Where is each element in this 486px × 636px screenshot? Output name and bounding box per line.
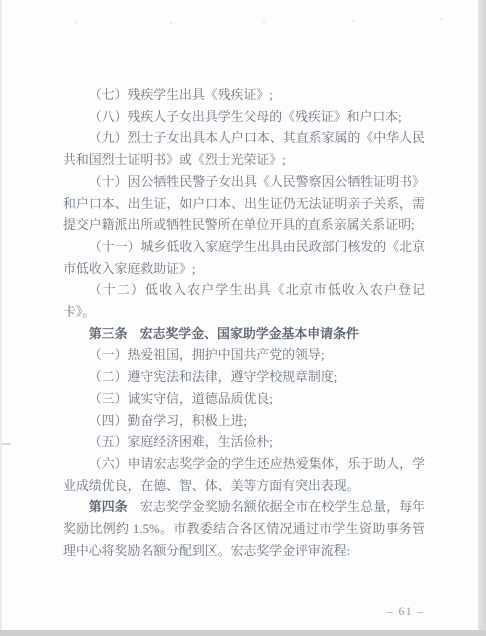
article-label: 第四条: [89, 500, 128, 514]
body-paragraph: （十二）低收入农户学生出具《北京市低收入农户登记卡》。: [63, 280, 425, 323]
body-paragraph: （七）残疾学生出具《残疾证》;: [63, 85, 425, 107]
scan-edge-left: [0, 0, 2, 636]
scan-speck: [170, 22, 172, 24]
body-paragraph: （四）勤奋学习，积极上进;: [63, 411, 425, 433]
document-body: （七）残疾学生出具《残疾证》;（八）残疾人子女出具学生父母的《残疾证》和户口本;…: [63, 85, 425, 562]
body-paragraph: （十一）城乡低收入家庭学生出具由民政部门核发的《北京市低收入家庭救助证》;: [63, 237, 425, 280]
scan-edge-bottom: [0, 630, 486, 636]
scan-edge-right: [478, 0, 486, 636]
body-paragraph: （二）遵守宪法和法律，遵守学校规章制度;: [63, 367, 425, 389]
body-paragraph: （一）热爱祖国，拥护中国共产党的领导;: [63, 345, 425, 367]
body-paragraph: （八）残疾人子女出具学生父母的《残疾证》和户口本;: [63, 107, 425, 129]
body-paragraph: （九）烈士子女出具本人户口本、其直系家属的《中华人民共和国烈士证明书》或《烈士光…: [63, 128, 425, 171]
article-text: 宏志奖学金、国家助学金基本申请条件: [140, 327, 359, 341]
body-paragraph: （六）申请宏志奖学金的学生还应热爱集体，乐于助人，学业成绩优良，在德、智、体、美…: [63, 454, 425, 497]
article-paragraph: 第三条宏志奖学金、国家助学金基本申请条件: [63, 324, 425, 346]
body-paragraph: （十）因公牺牲民警子女出具《人民警察因公牺牲证明书》和户口本、出生证，如户口本、…: [63, 172, 425, 237]
document-page: （七）残疾学生出具《残疾证》;（八）残疾人子女出具学生父母的《残疾证》和户口本;…: [0, 0, 486, 636]
scan-speck: [440, 18, 442, 20]
page-number: – 61 –: [387, 606, 425, 618]
article-label: 第三条: [89, 327, 128, 341]
scan-speck: [263, 22, 265, 24]
body-paragraph: （五）家庭经济困难，生活俭朴;: [63, 432, 425, 454]
body-paragraph: （三）诚实守信，道德品质优良;: [63, 389, 425, 411]
article-paragraph: 第四条宏志奖学金奖励名额依据全市在校学生总量，每年奖励比例约 1.5%。市教委结…: [63, 497, 425, 562]
scan-speck: [75, 21, 77, 23]
scan-speck: [352, 20, 354, 22]
